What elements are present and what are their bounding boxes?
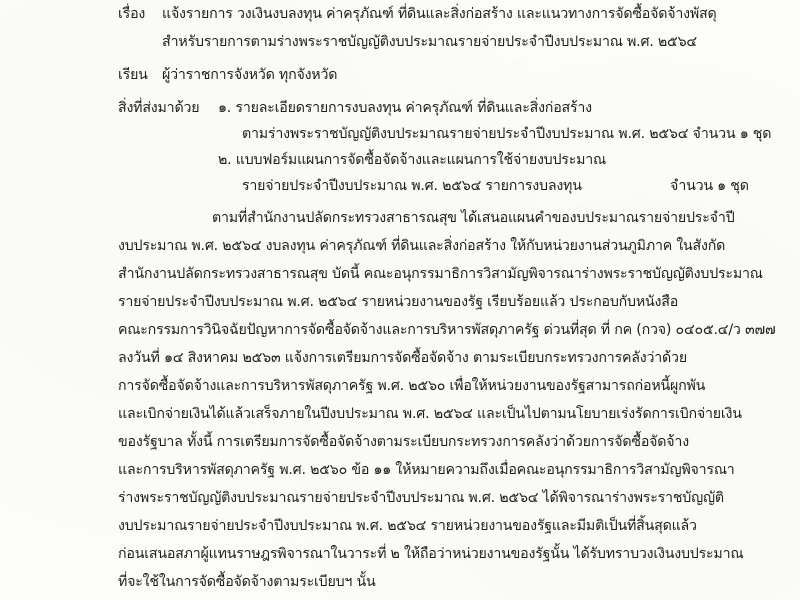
paragraph-1-line: และการบริหารพัสดุภาครัฐ พ.ศ. ๒๕๖๐ ข้อ ๑๑… [118, 460, 735, 480]
paragraph-1-line: ที่จะใช้ในการจัดซื้อจัดจ้างตามระเบียบฯ น… [118, 572, 375, 592]
enclosure-2-line-1: ๒. แบบฟอร์มแผนการจัดซื้อจัดจ้างและแผนการ… [218, 150, 606, 170]
enclosure-2-line-2: รายจ่ายประจำปีงบประมาณ พ.ศ. ๒๕๖๔ รายการง… [242, 176, 582, 196]
salutation-text: ผู้ว่าราชการจังหวัด ทุกจังหวัด [162, 65, 337, 85]
paragraph-1-line: ของรัฐบาล ทั้งนี้ การเตรียมการจัดซื้อจัด… [118, 432, 689, 452]
paragraph-1-line: ร่างพระราชบัญญัติงบประมาณรายจ่ายประจำปีง… [118, 488, 724, 508]
subject-line-2: สำหรับรายการตามร่างพระราชบัญญัติงบประมาณ… [162, 32, 697, 52]
paragraph-1-line: ก่อนเสนอสภาผู้แทนราษฎรพิจารณาในวาระที่ ๒… [118, 544, 743, 564]
document-page: เรื่อง แจ้งรายการ วงเงินงบลงทุน ค่าครุภั… [0, 0, 800, 600]
paragraph-1-line: และเบิกจ่ายเงินได้แล้วเสร็จภายในปีงบประม… [118, 404, 742, 424]
enclosure-1-line-1: ๑. รายละเอียดรายการงบลงทุน ค่าครุภัณฑ์ ท… [218, 98, 592, 118]
enclosure-1-line-2: ตามร่างพระราชบัญญัติงบประมาณรายจ่ายประจำ… [242, 124, 771, 144]
paragraph-1-line: คณะกรรมการวินิจฉัยปัญหาการจัดซื้อจัดจ้าง… [118, 320, 775, 340]
paragraph-1-line: สำนักงานปลัดกระทรวงสาธารณสุข บัดนี้ คณะอ… [118, 264, 763, 284]
enclosures-label: สิ่งที่ส่งมาด้วย [118, 98, 199, 118]
salutation-label: เรียน [118, 65, 148, 85]
enclosure-2-quantity: จำนวน ๑ ชุด [670, 176, 749, 196]
paragraph-1-line: งบประมาณ พ.ศ. ๒๕๖๔ งบลงทุน ค่าครุภัณฑ์ ท… [118, 236, 725, 256]
subject-line-1: แจ้งรายการ วงเงินงบลงทุน ค่าครุภัณฑ์ ที่… [162, 4, 716, 24]
paragraph-1-line: การจัดซื้อจัดจ้างและการบริหารพัสดุภาครัฐ… [118, 376, 705, 396]
paragraph-1-line: รายจ่ายประจำปีงบประมาณ พ.ศ. ๒๕๖๔ รายหน่ว… [118, 292, 678, 312]
paragraph-1-line: งบประมาณรายจ่ายประจำปีงบประมาณ พ.ศ. ๒๕๖๔… [118, 516, 697, 536]
paragraph-1-line: ตามที่สำนักงานปลัดกระทรวงสาธารณสุข ได้เส… [212, 208, 735, 228]
subject-label: เรื่อง [118, 4, 145, 24]
paragraph-1-line: ลงวันที่ ๑๔ สิงหาคม ๒๕๖๓ แจ้งการเตรียมกา… [118, 348, 687, 368]
